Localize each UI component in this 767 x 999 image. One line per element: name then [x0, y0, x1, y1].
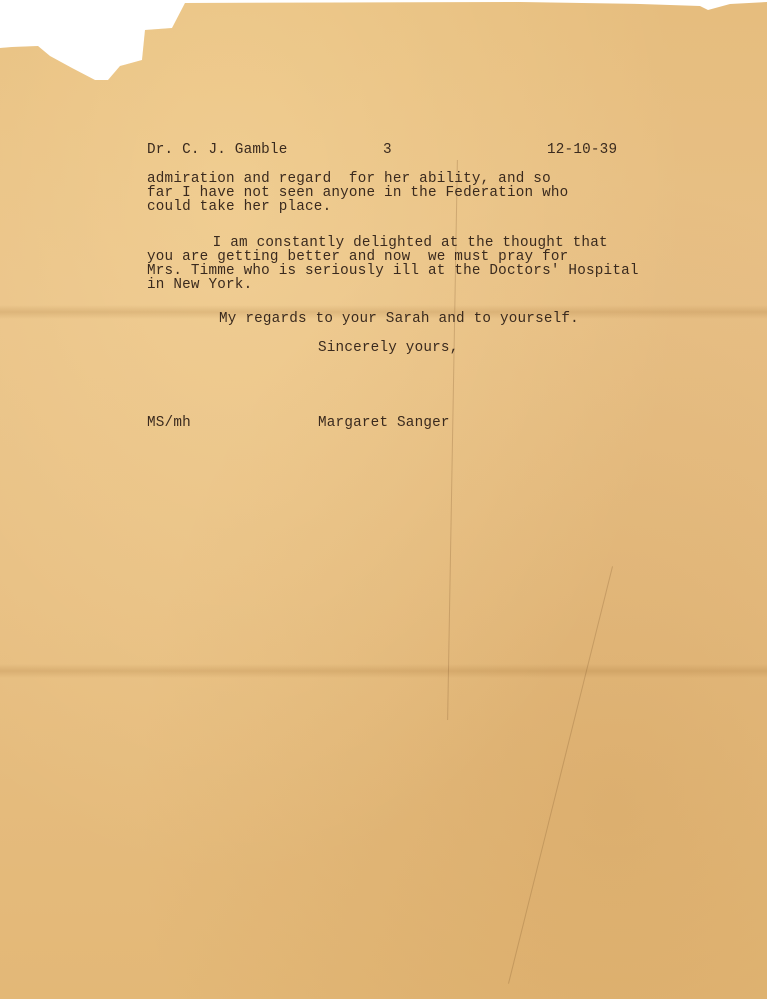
typist-initials: MS/mh	[147, 416, 191, 430]
letter-date: 12-10-39	[547, 143, 617, 157]
body-line: far I have not seen anyone in the Federa…	[147, 186, 568, 200]
body-line: could take her place.	[147, 200, 331, 214]
recipient-name: Dr. C. J. Gamble	[147, 143, 287, 157]
page-number: 3	[383, 143, 392, 157]
body-line: admiration and regard for her ability, a…	[147, 172, 551, 186]
body-line: Mrs. Timme who is seriously ill at the D…	[147, 264, 639, 278]
body-line: you are getting better and now we must p…	[147, 250, 568, 264]
body-line: in New York.	[147, 278, 252, 292]
body-line: I am constantly delighted at the thought…	[160, 236, 608, 250]
paper-fold	[0, 664, 767, 678]
signature-name: Margaret Sanger	[318, 416, 450, 430]
closing: Sincerely yours,	[318, 341, 458, 355]
regards-line: My regards to your Sarah and to yourself…	[219, 312, 579, 326]
